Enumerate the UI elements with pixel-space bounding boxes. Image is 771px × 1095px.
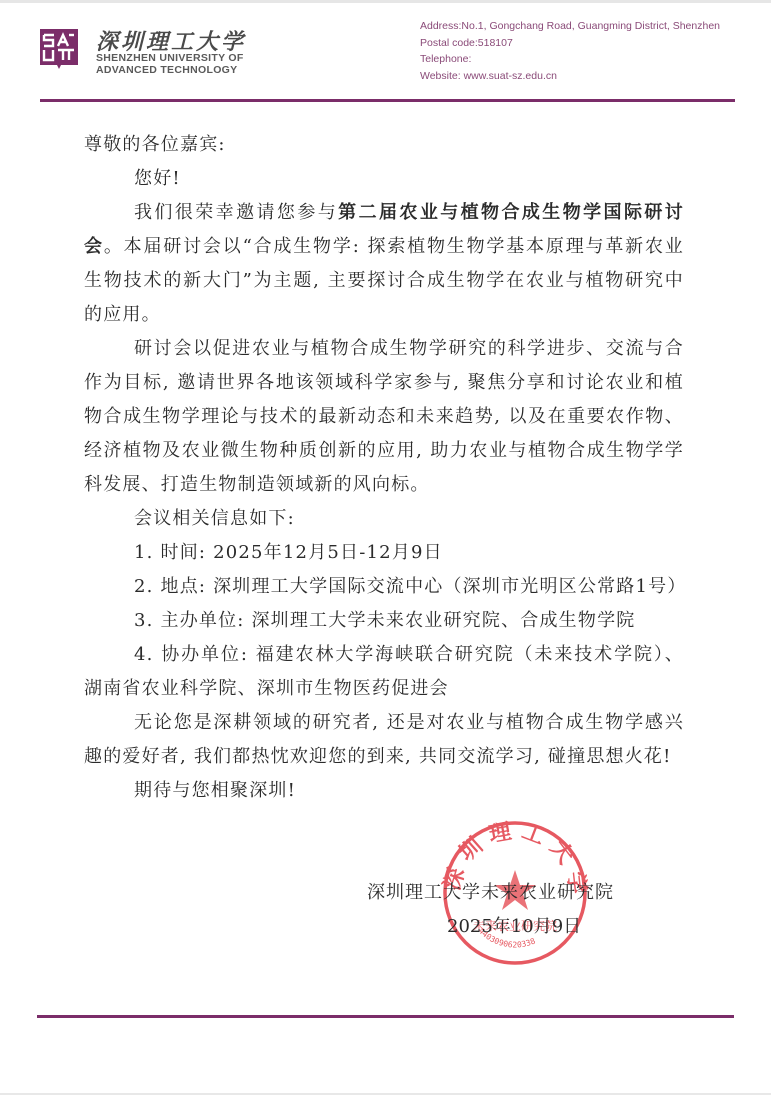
greeting: 您好! bbox=[84, 162, 684, 196]
university-name-en: SHENZHEN UNIVERSITY OF ADVANCED TECHNOLO… bbox=[96, 52, 244, 76]
info-item-location: 2. 地点: 深圳理工大学国际交流中心（深圳市光明区公常路1号） bbox=[84, 570, 684, 604]
page-top-edge bbox=[0, 0, 771, 3]
paragraph-invitation: 我们很荣幸邀请您参与第二届农业与植物合成生物学国际研讨会。本届研讨会以“合成生物… bbox=[84, 196, 684, 332]
info-intro: 会议相关信息如下: bbox=[84, 502, 684, 536]
contact-address: Address:No.1, Gongchang Road, Guangming … bbox=[420, 18, 720, 35]
contact-telephone: Telephone: bbox=[420, 51, 720, 68]
university-name-en-line2: ADVANCED TECHNOLOGY bbox=[96, 64, 244, 76]
info-item-host: 3. 主办单位: 深圳理工大学未来农业研究院、合成生物学院 bbox=[84, 604, 684, 638]
university-name-en-line1: SHENZHEN UNIVERSITY OF bbox=[96, 52, 244, 64]
paragraph-welcome: 无论您是深耕领域的研究者, 还是对农业与植物合成生物学感兴趣的爱好者, 我们都热… bbox=[84, 706, 684, 774]
footer-divider bbox=[37, 1015, 734, 1018]
info-item-co-organizer: 4. 协办单位: 福建农林大学海峡联合研究院（未来技术学院）、湖南省农业科学院、… bbox=[84, 638, 684, 706]
header-divider bbox=[40, 99, 735, 102]
signature-organization: 深圳理工大学未来农业研究院 bbox=[367, 878, 614, 904]
paragraph-goals: 研讨会以促进农业与植物合成生物学研究的科学进步、交流与合作为目标, 邀请世界各地… bbox=[84, 332, 684, 502]
university-logo bbox=[38, 27, 80, 71]
salutation: 尊敬的各位嘉宾: bbox=[84, 128, 684, 162]
contact-website[interactable]: Website: www.suat-sz.edu.cn bbox=[420, 68, 720, 85]
contact-postal: Postal code:518107 bbox=[420, 35, 720, 52]
invitation-suffix: 。本届研讨会以“合成生物学: 探索植物生物学基本原理与革新农业生物技术的新大门”… bbox=[84, 236, 684, 325]
info-item-time: 1. 时间: 2025年12月5日-12月9日 bbox=[84, 536, 684, 570]
closing: 期待与您相聚深圳! bbox=[84, 774, 684, 808]
signature-date: 2025年10月9日 bbox=[447, 912, 581, 938]
invitation-prefix: 我们很荣幸邀请您参与 bbox=[134, 202, 338, 223]
contact-block: Address:No.1, Gongchang Road, Guangming … bbox=[420, 18, 720, 84]
letter-body: 尊敬的各位嘉宾: 您好! 我们很荣幸邀请您参与第二届农业与植物合成生物学国际研讨… bbox=[84, 128, 684, 808]
